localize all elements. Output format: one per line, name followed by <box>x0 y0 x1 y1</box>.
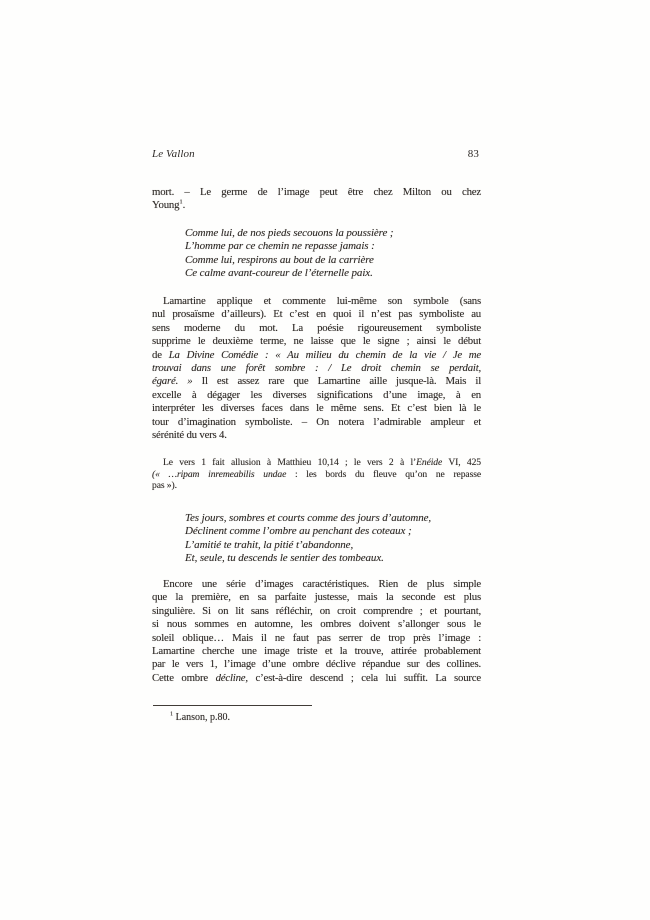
footnote: 1 Lanson, p.80. <box>152 712 481 724</box>
verse-line: L’amitié te trahit, la pitié t’abandonne… <box>185 539 481 552</box>
text-line: mort. – Le germe de l’image peut être ch… <box>152 186 481 199</box>
text-line: tour d’imagination symboliste. – On note… <box>152 416 481 429</box>
text-line: supprime le deuxième terme, ne laisse qu… <box>152 335 481 348</box>
text-line: Young1. <box>152 199 481 212</box>
paragraph: Encore une série d’images caractéristiqu… <box>152 578 481 685</box>
text-line: Lamartine applique et commente lui-même … <box>152 295 481 308</box>
verse-line: Tes jours, sombres et courts comme des j… <box>185 512 481 525</box>
verse-line: Ce calme avant-coureur de l’éternelle pa… <box>185 267 481 280</box>
footnote-text: Lanson, p.80. <box>173 712 230 723</box>
page-number: 83 <box>468 148 481 160</box>
text-column: Le Vallon 83 mort. – Le germe de l’image… <box>152 0 481 920</box>
verse-quote: Tes jours, sombres et courts comme des j… <box>152 512 481 566</box>
paragraph: Le vers 1 fait allusion à Matthieu 10,14… <box>152 457 481 492</box>
text-line: par le vers 1, l’image d’une ombre décli… <box>152 658 481 671</box>
verse-line: Et, seule, tu descends le sentier des to… <box>185 552 481 565</box>
text-line: excelle à dégager les diverses significa… <box>152 389 481 402</box>
text-line: pas »). <box>152 480 481 492</box>
verse-quote: Comme lui, de nos pieds secouons la pous… <box>152 227 481 281</box>
text-line: de La Divine Comédie : « Au milieu du ch… <box>152 349 481 362</box>
text-line: Le vers 1 fait allusion à Matthieu 10,14… <box>152 457 481 469</box>
text-line: (« …ripam inremeabilis undae : les bords… <box>152 469 481 481</box>
text-line: sérénité du vers 4. <box>152 429 481 442</box>
text-line: trouvai dans une forêt sombre : / Le dro… <box>152 362 481 375</box>
verse-line: L’homme par ce chemin ne repasse jamais … <box>185 240 481 253</box>
text-line: singulière. Si on lit sans réfléchir, on… <box>152 605 481 618</box>
book-page: Le Vallon 83 mort. – Le germe de l’image… <box>0 0 650 920</box>
text-line: interpréter les diverses faces dans le m… <box>152 402 481 415</box>
text-line: Lamartine cherche une image triste et la… <box>152 645 481 658</box>
text-line: que la première, en sa parfaite justesse… <box>152 591 481 604</box>
text-line: si nous sommes en automne, les ombres do… <box>152 618 481 631</box>
paragraph: mort. – Le germe de l’image peut être ch… <box>152 186 481 213</box>
text-line: sens moderne du mot. La poésie rigoureus… <box>152 322 481 335</box>
text-line: Cette ombre décline, c’est-à-dire descen… <box>152 672 481 685</box>
text-line: soleil oblique… Mais il ne faut pas serr… <box>152 632 481 645</box>
text-line: égaré. » Il est assez rare que Lamartine… <box>152 375 481 388</box>
verse-line: Déclinent comme l’ombre au penchant des … <box>185 525 481 538</box>
running-title: Le Vallon <box>152 148 195 160</box>
verse-line: Comme lui, de nos pieds secouons la pous… <box>185 227 481 240</box>
paragraph: Lamartine applique et commente lui-même … <box>152 295 481 442</box>
footnote-rule <box>153 705 312 706</box>
page-header: Le Vallon 83 <box>152 148 481 160</box>
text-line: Encore une série d’images caractéristiqu… <box>152 578 481 591</box>
verse-line: Comme lui, respirons au bout de la carri… <box>185 254 481 267</box>
text-line: nul prosaïsme d’ailleurs). Et c’est en q… <box>152 308 481 321</box>
